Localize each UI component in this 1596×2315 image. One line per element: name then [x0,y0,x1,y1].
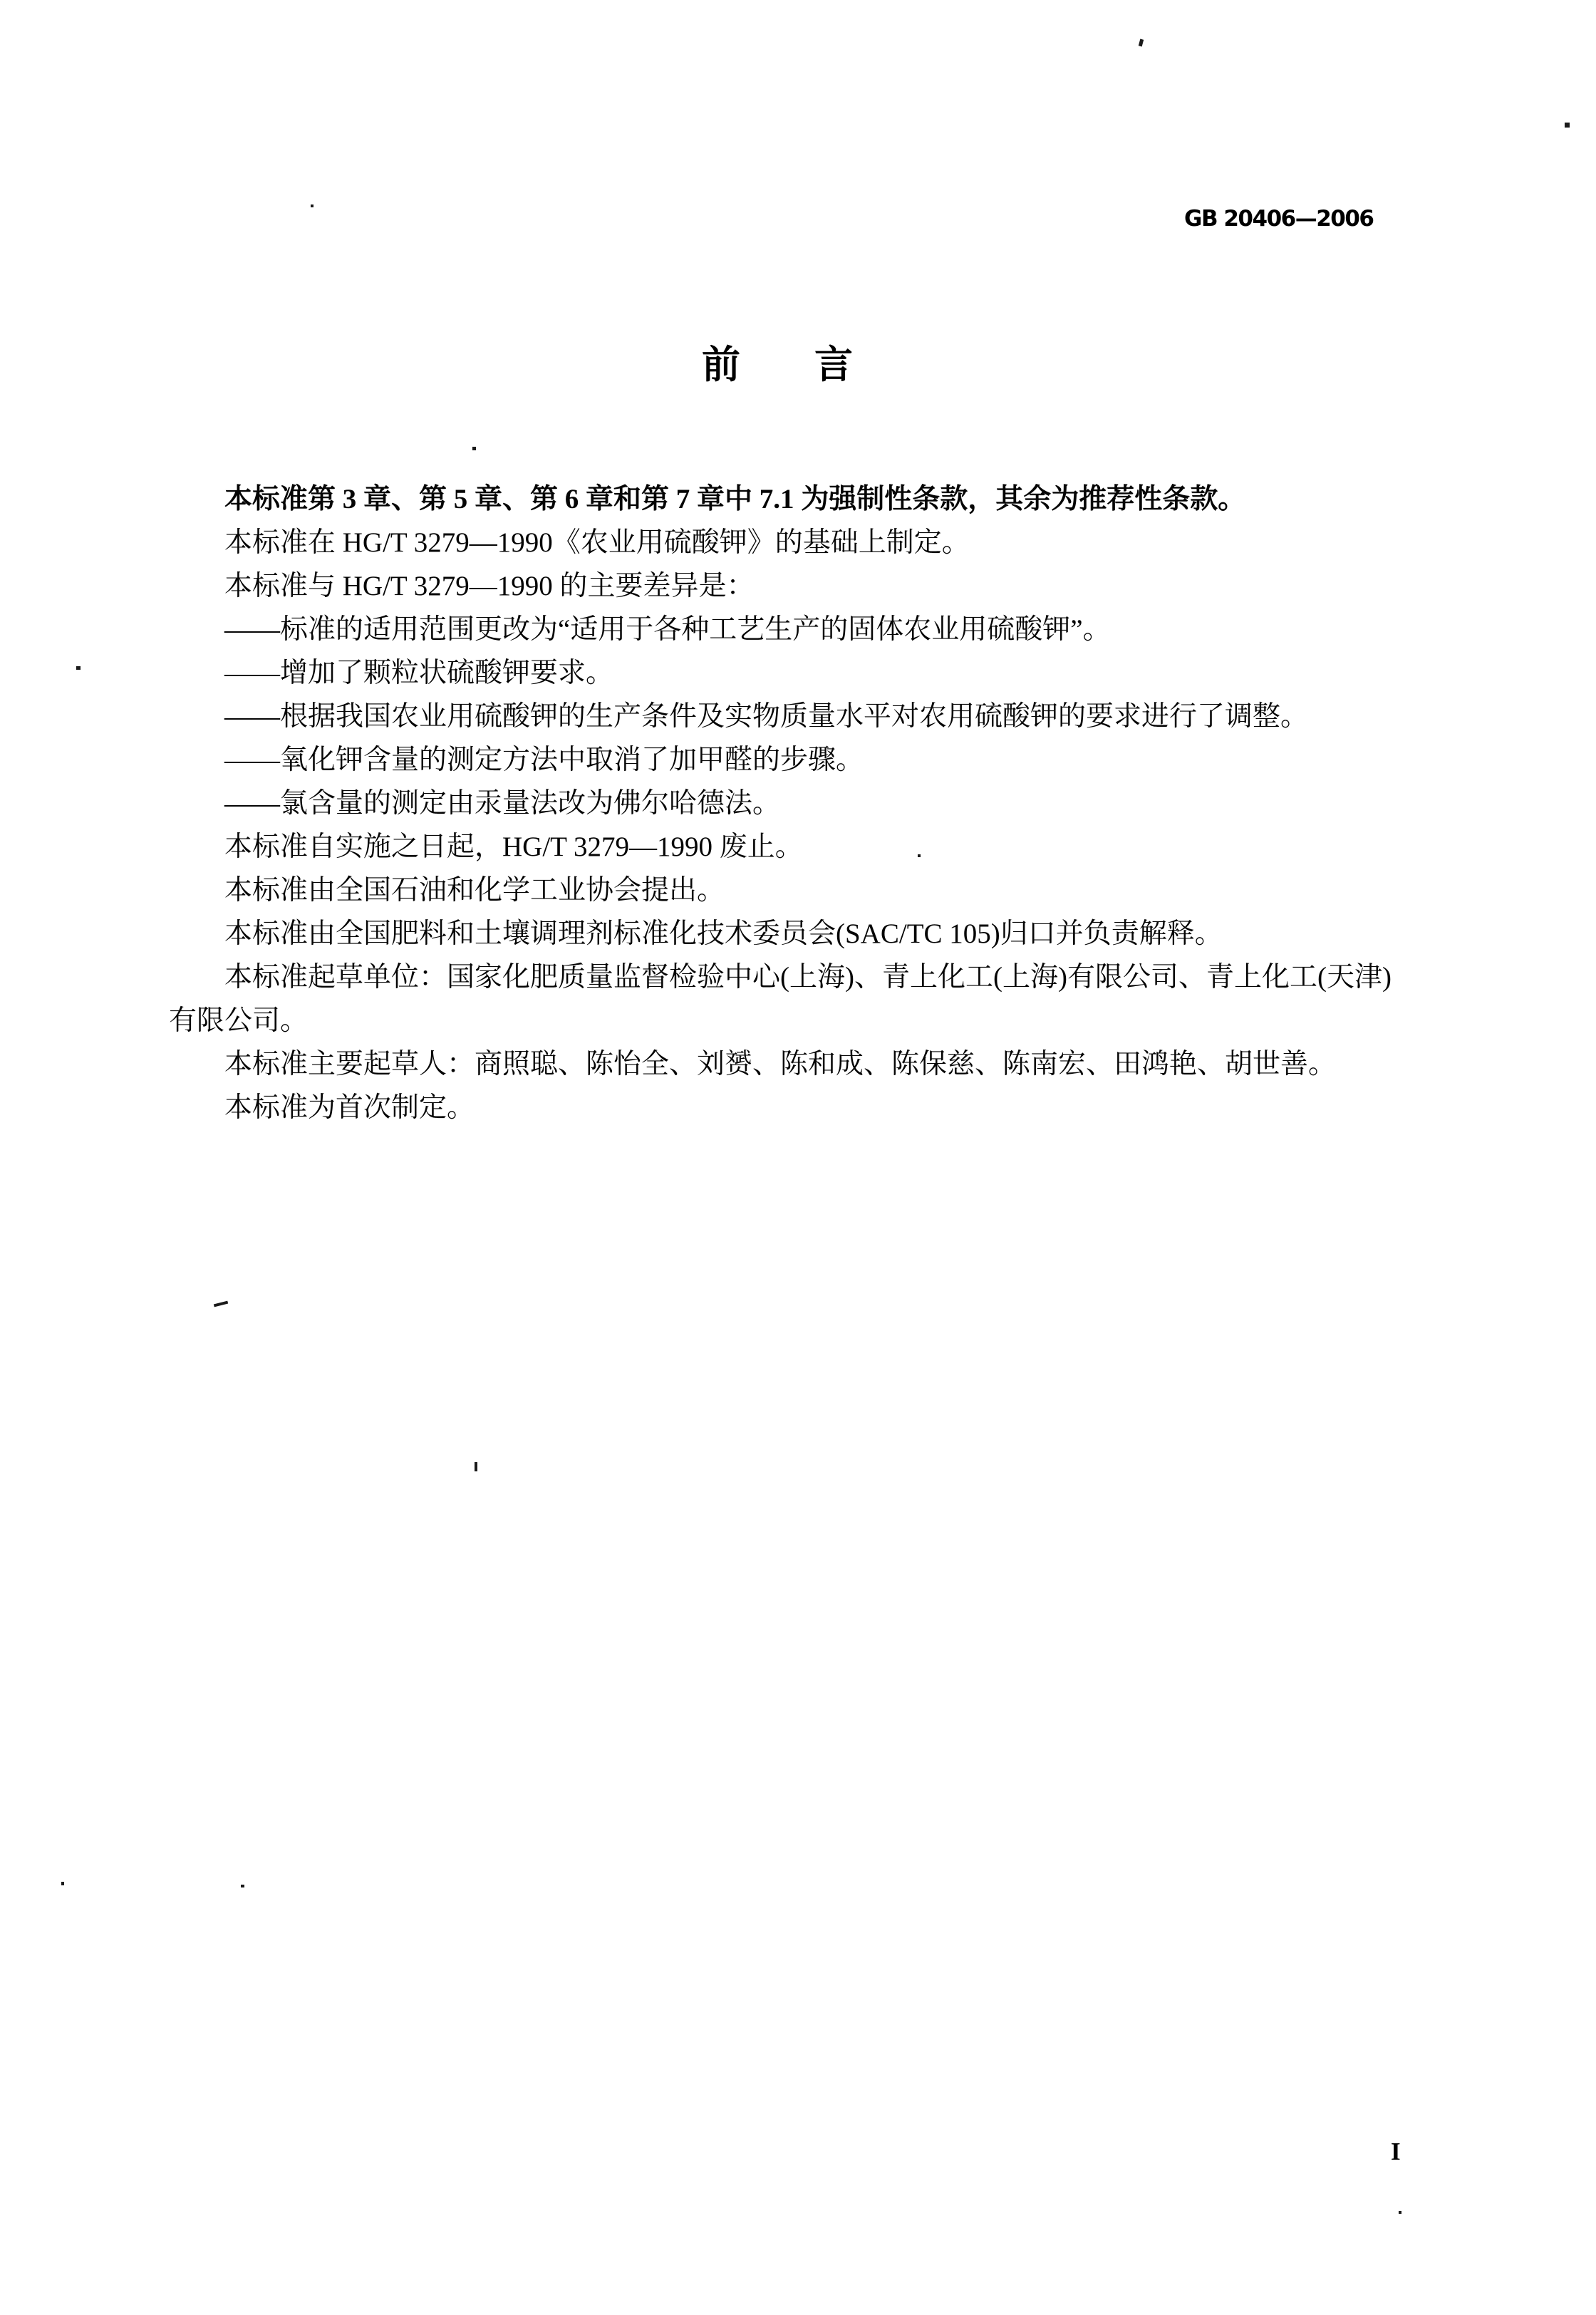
scan-speck [475,1462,477,1471]
title-char-yan: 言 [814,343,853,386]
foreword-body: 本标准第 3 章、第 5 章、第 6 章和第 7 章中 7.1 为强制性条款，其… [169,477,1494,1129]
text-line: 本标准起草单位：国家化肥质量监督检验中心(上海)、青上化工(上海)有限公司、青上… [169,955,1494,999]
title-char-qian: 前 [702,343,740,386]
text-line: ——氯含量的测定由汞量法改为佛尔哈德法。 [169,782,1494,825]
text-line: ——标准的适用范围更改为“适用于各种工艺生产的固体农业用硫酸钾”。 [169,608,1494,651]
text-line: 本标准自实施之日起，HG/T 3279—1990 废止。 [169,825,1494,869]
text-line: 本标准由全国石油和化学工业协会提出。 [169,869,1494,912]
scan-scratch [214,1301,228,1307]
page-number: I [1391,2138,1401,2166]
text-line: 本标准由全国肥料和土壤调理剂标准化技术委员会(SAC/TC 105)归口并负责解… [169,912,1494,955]
scan-speck [76,666,81,670]
scan-speck [472,447,476,450]
scan-speck [1565,123,1570,128]
scan-speck [61,1882,64,1885]
scan-speck [918,854,921,857]
text-line: 本标准为首次制定。 [169,1086,1494,1129]
scan-speck [241,1885,244,1887]
scan-speck [1399,2211,1401,2214]
standard-code: GB 20406—2006 [1184,206,1374,232]
scan-speck [311,204,313,207]
text-line: ——氧化钾含量的测定方法中取消了加甲醛的步骤。 [169,738,1494,782]
document-page: GB 20406—2006 前 言 本标准第 3 章、第 5 章、第 6 章和第… [0,0,1596,2315]
text-line: ——增加了颗粒状硫酸钾要求。 [169,651,1494,695]
text-line: 本标准第 3 章、第 5 章、第 6 章和第 7 章中 7.1 为强制性条款，其… [169,477,1494,521]
scan-speck [1139,39,1144,47]
text-line: 本标准在 HG/T 3279—1990《农业用硫酸钾》的基础上制定。 [169,521,1494,564]
text-line: 本标准主要起草人：商照聪、陈怡全、刘赟、陈和成、陈保慈、陈南宏、田鸿艳、胡世善。 [169,1042,1494,1086]
page-title: 前 言 [702,343,853,386]
text-line: 本标准与 HG/T 3279—1990 的主要差异是： [169,564,1494,608]
text-line: 有限公司。 [169,999,1494,1042]
text-line: ——根据我国农业用硫酸钾的生产条件及实物质量水平对农用硫酸钾的要求进行了调整。 [169,695,1494,738]
